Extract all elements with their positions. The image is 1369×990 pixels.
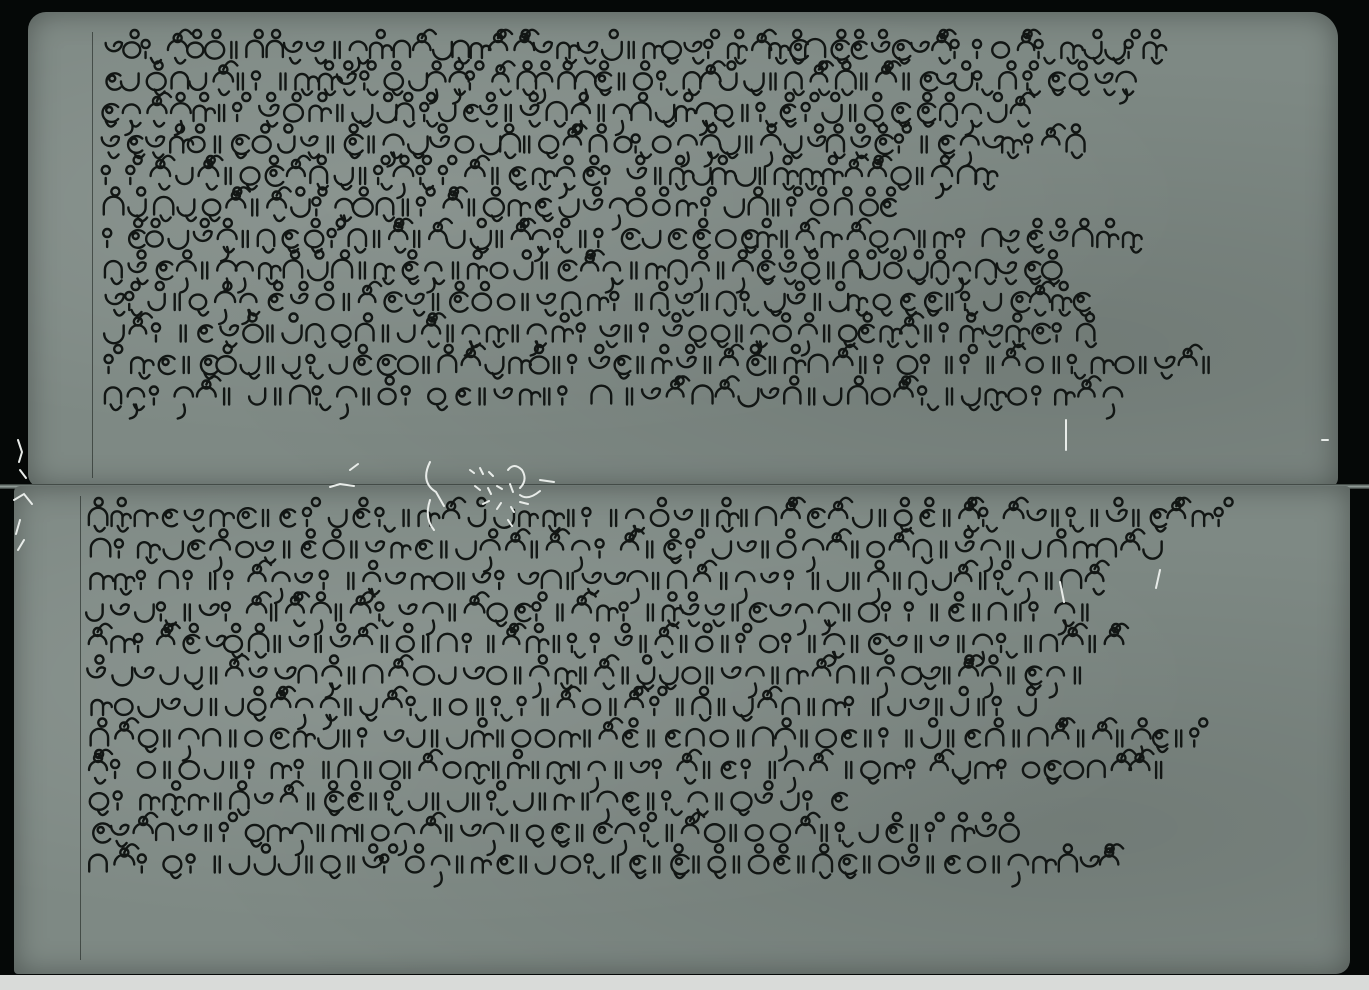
document-type: Burmese manuscript (parabaik) photograph: [0, 0, 1, 1]
script-line: [102, 124, 1085, 166]
handwritten-script-lower: [14, 486, 1350, 974]
script-line: [91, 718, 1208, 760]
script-line: [105, 376, 1122, 418]
script-line: [105, 345, 1209, 379]
lower-folio: [14, 486, 1350, 974]
script-line: [86, 592, 1087, 634]
script-line: [103, 93, 1035, 135]
upper-folio: [28, 12, 1338, 488]
script-line: [104, 313, 1096, 355]
script-line: [91, 529, 1162, 571]
script-line: [92, 687, 1036, 729]
script-line: [93, 813, 1019, 855]
script-line: [105, 250, 1062, 292]
script-line: [89, 844, 1123, 886]
script-line: [87, 655, 1080, 697]
transcription: Burmese manuscript (parabaik) photograph: [0, 0, 1, 1]
script-line: [90, 781, 847, 823]
script-line: [107, 61, 1136, 103]
script-line: [106, 282, 1090, 324]
handwritten-script-upper: [28, 12, 1338, 488]
script-line: [89, 498, 1233, 540]
script-line: [89, 750, 1161, 792]
photo-bottom-edge: [0, 975, 1369, 990]
script-line: [104, 187, 896, 229]
script-line: [103, 219, 1141, 261]
